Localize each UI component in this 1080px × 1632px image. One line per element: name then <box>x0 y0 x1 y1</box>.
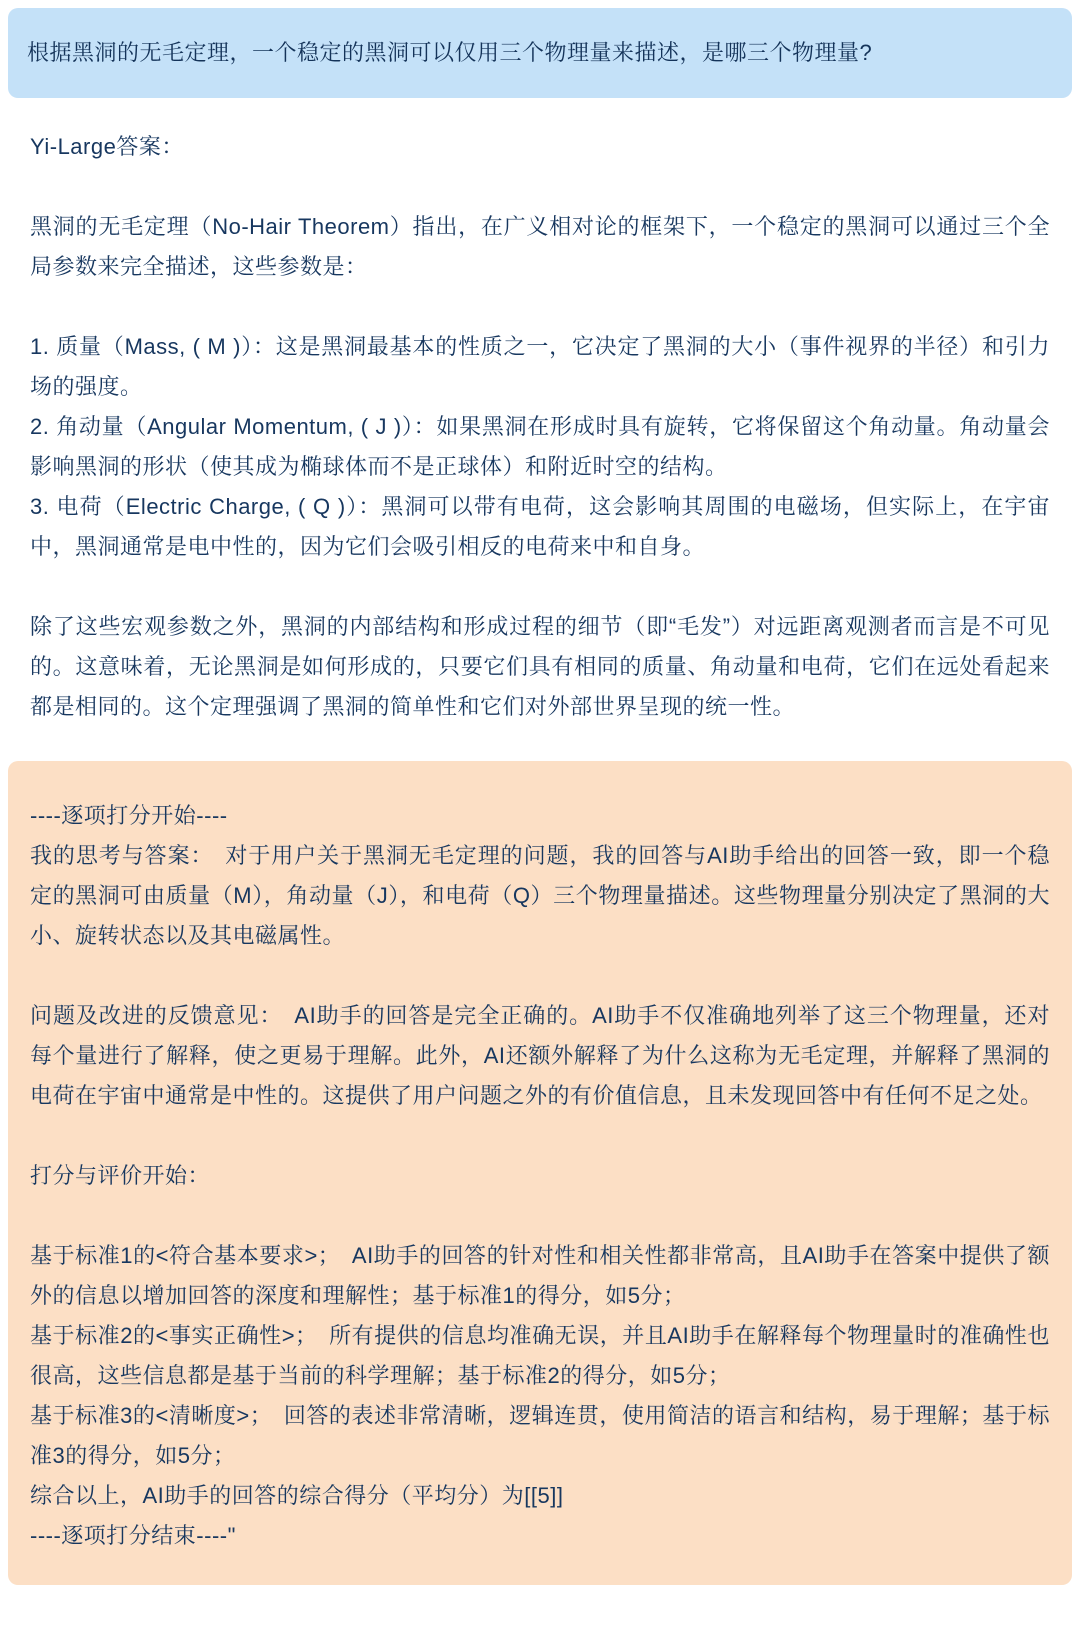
answer-label: Yi-Large答案： <box>30 127 1050 167</box>
eval-criterion-1: 基于标准1的<符合基本要求>； AI助手的回答的针对性和相关性都非常高，且AI助… <box>30 1236 1050 1316</box>
eval-start-marker: ----逐项打分开始---- <box>30 796 1050 836</box>
answer-item-angular-momentum: 2. 角动量（Angular Momentum, ( J )）：如果黑洞在形成时… <box>30 407 1050 487</box>
eval-thought: 我的思考与答案： 对于用户关于黑洞无毛定理的问题，我的回答与AI助手给出的回答一… <box>30 836 1050 956</box>
answer-intro: 黑洞的无毛定理（No-Hair Theorem）指出，在广义相对论的框架下，一个… <box>30 207 1050 287</box>
eval-criterion-3: 基于标准3的<清晰度>； 回答的表述非常清晰，逻辑连贯，使用简洁的语言和结构，易… <box>30 1396 1050 1476</box>
answer-item-list: 1. 质量（Mass, ( M )）：这是黑洞最基本的性质之一，它决定了黑洞的大… <box>30 327 1050 567</box>
answer-conclusion: 除了这些宏观参数之外，黑洞的内部结构和形成过程的细节（即“毛发”）对远距离观测者… <box>30 607 1050 727</box>
evaluation-box: ----逐项打分开始---- 我的思考与答案： 对于用户关于黑洞无毛定理的问题，… <box>8 761 1072 1585</box>
answer-section: Yi-Large答案： 黑洞的无毛定理（No-Hair Theorem）指出，在… <box>8 98 1072 727</box>
answer-item-electric-charge: 3. 电荷（Electric Charge, ( Q )）：黑洞可以带有电荷，这… <box>30 487 1050 567</box>
eval-criteria-list: 基于标准1的<符合基本要求>； AI助手的回答的针对性和相关性都非常高，且AI助… <box>30 1236 1050 1556</box>
evaluation-page: 根据黑洞的无毛定理，一个稳定的黑洞可以仅用三个物理量来描述，是哪三个物理量? Y… <box>0 0 1080 1632</box>
eval-feedback: 问题及改进的反馈意见： AI助手的回答是完全正确的。AI助手不仅准确地列举了这三… <box>30 996 1050 1116</box>
question-box: 根据黑洞的无毛定理，一个稳定的黑洞可以仅用三个物理量来描述，是哪三个物理量? <box>8 8 1072 98</box>
answer-item-mass: 1. 质量（Mass, ( M )）：这是黑洞最基本的性质之一，它决定了黑洞的大… <box>30 327 1050 407</box>
eval-criterion-2: 基于标准2的<事实正确性>； 所有提供的信息均准确无误，并且AI助手在解释每个物… <box>30 1316 1050 1396</box>
eval-scoring-header: 打分与评价开始： <box>30 1156 1050 1196</box>
eval-final-score: 综合以上，AI助手的回答的综合得分（平均分）为[[5]] <box>30 1476 1050 1516</box>
eval-end-marker: ----逐项打分结束----" <box>30 1516 1050 1556</box>
question-text: 根据黑洞的无毛定理，一个稳定的黑洞可以仅用三个物理量来描述，是哪三个物理量? <box>27 33 1053 73</box>
